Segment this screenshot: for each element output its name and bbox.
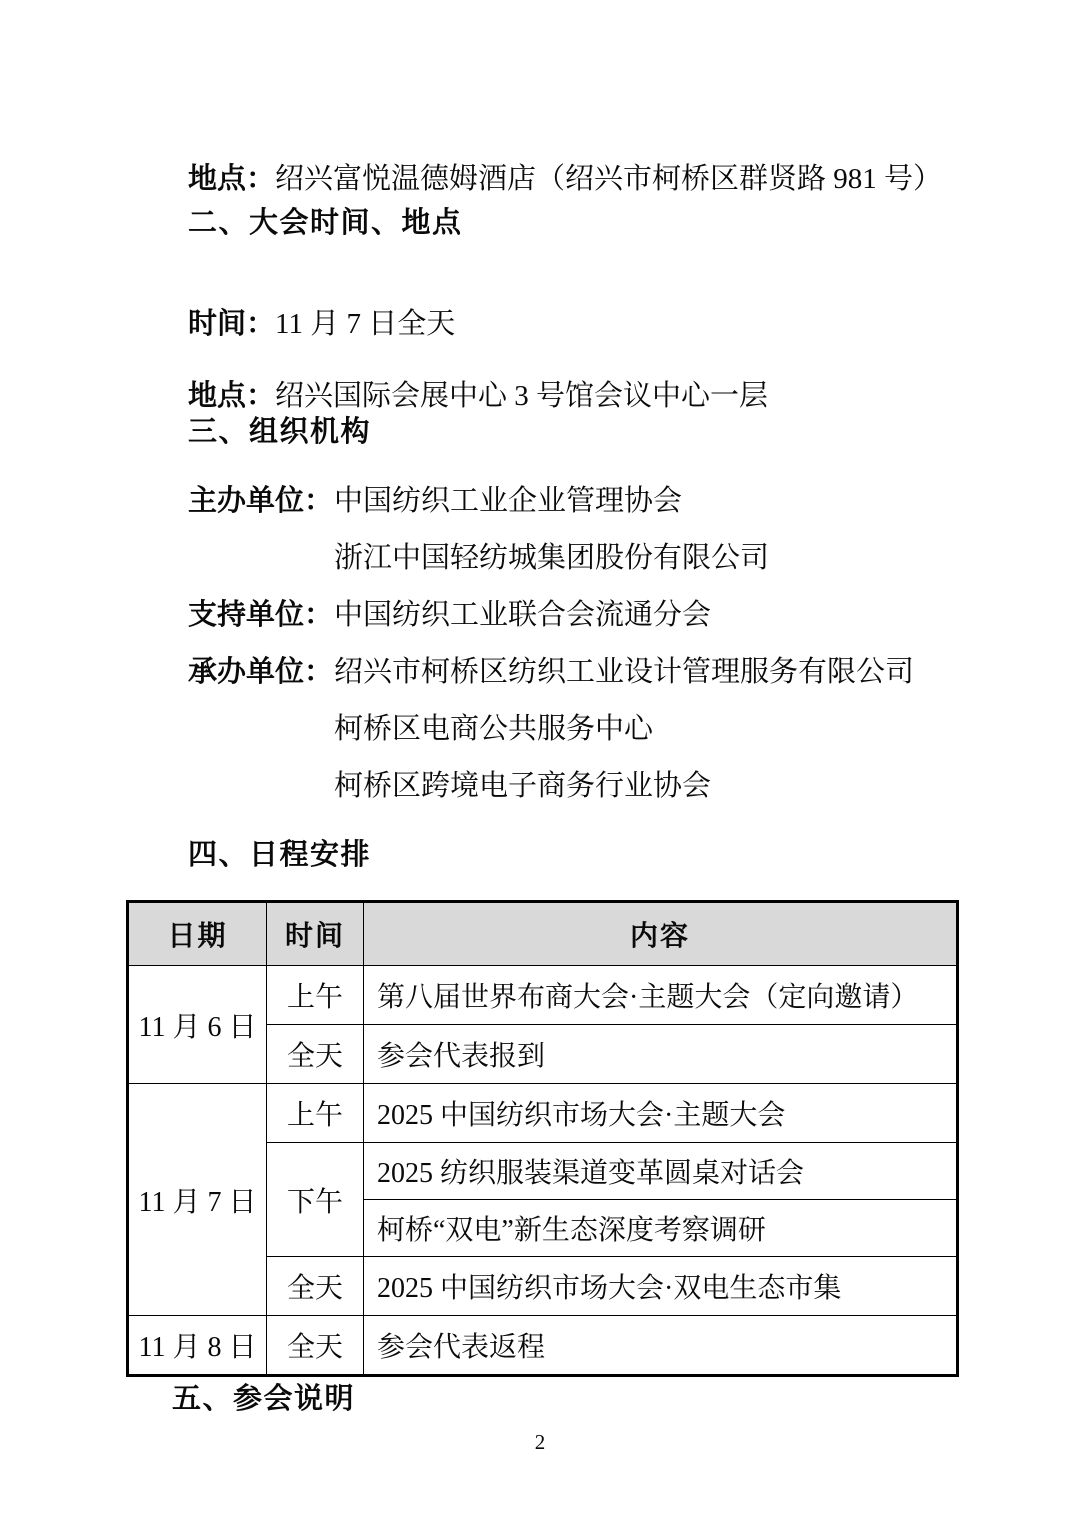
header-date: 日期 [128, 902, 267, 966]
organizer-host-line-1: 中国纺织工业企业管理协会 [334, 473, 769, 530]
date-cell-nov7: 11 月 7 日 [128, 1084, 267, 1316]
venue2-label: 地点： [188, 380, 275, 412]
heading-section-5: 五、参会说明 [172, 1384, 355, 1414]
time-label: 时间： [188, 308, 275, 340]
table-row: 11 月 8 日 全天 参会代表返程 [128, 1316, 958, 1376]
venue-label: 地点： [188, 163, 275, 195]
heading-section-2: 二、大会时间、地点 [188, 208, 463, 238]
heading-section-4: 四、日程安排 [188, 840, 371, 870]
time-cell: 全天 [267, 1316, 364, 1376]
time-cell: 上午 [267, 1084, 364, 1143]
organizer-undertaker-line-3: 柯桥区跨境电子商务行业协会 [334, 758, 914, 815]
time-text: 11 月 7 日全天 [275, 308, 455, 340]
organizer-support-line-1: 中国纺织工业联合会流通分会 [334, 587, 711, 644]
content-cell: 2025 中国纺织市场大会·双电生态市集 [364, 1257, 958, 1316]
organizer-host: 主办单位： 中国纺织工业企业管理协会 浙江中国轻纺城集团股份有限公司 [188, 473, 914, 587]
organizer-undertaker-line-2: 柯桥区电商公共服务中心 [334, 701, 914, 758]
time-cell-afternoon: 下午 [267, 1143, 364, 1257]
organizer-host-label: 主办单位： [188, 473, 334, 587]
time-cell: 全天 [267, 1257, 364, 1316]
conference-time-line: 时间：11 月 7 日全天 [188, 310, 455, 339]
time-cell: 全天 [267, 1025, 364, 1084]
document-page: 地点：绍兴富悦温德姆酒店（绍兴市柯桥区群贤路 981 号） 二、大会时间、地点 … [0, 0, 1080, 1527]
hotel-venue-line: 地点：绍兴富悦温德姆酒店（绍兴市柯桥区群贤路 981 号） [188, 165, 942, 194]
organizer-undertaker: 承办单位： 绍兴市柯桥区纺织工业设计管理服务有限公司 柯桥区电商公共服务中心 柯… [188, 644, 914, 815]
time-cell: 上午 [267, 966, 364, 1025]
table-row: 11 月 7 日 上午 2025 中国纺织市场大会·主题大会 [128, 1084, 958, 1143]
venue-text: 绍兴富悦温德姆酒店（绍兴市柯桥区群贤路 981 号） [275, 163, 942, 195]
organizer-host-line-2: 浙江中国轻纺城集团股份有限公司 [334, 530, 769, 587]
content-cell: 第八届世界布商大会·主题大会（定向邀请） [364, 966, 958, 1025]
table-row: 11 月 6 日 上午 第八届世界布商大会·主题大会（定向邀请） [128, 966, 958, 1025]
page-number: 2 [0, 1430, 1080, 1454]
venue2-text: 绍兴国际会展中心 3 号馆会议中心一层 [275, 380, 768, 412]
content-cell: 参会代表返程 [364, 1316, 958, 1376]
heading-section-3: 三、组织机构 [188, 417, 371, 447]
schedule-table-wrapper: 日期 时间 内容 11 月 6 日 上午 第八届世界布商大会·主题大会（定向邀请… [126, 900, 959, 1377]
header-time: 时间 [267, 902, 364, 966]
schedule-table: 日期 时间 内容 11 月 6 日 上午 第八届世界布商大会·主题大会（定向邀请… [126, 900, 959, 1377]
organizer-support: 支持单位： 中国纺织工业联合会流通分会 [188, 587, 914, 644]
organizer-support-label: 支持单位： [188, 587, 334, 644]
date-cell-nov8: 11 月 8 日 [128, 1316, 267, 1376]
header-content: 内容 [364, 902, 958, 966]
organizer-undertaker-label: 承办单位： [188, 644, 334, 815]
schedule-header-row: 日期 时间 内容 [128, 902, 958, 966]
organizer-undertaker-line-1: 绍兴市柯桥区纺织工业设计管理服务有限公司 [334, 644, 914, 701]
organizers-block: 主办单位： 中国纺织工业企业管理协会 浙江中国轻纺城集团股份有限公司 支持单位：… [188, 473, 914, 815]
content-cell: 参会代表报到 [364, 1025, 958, 1084]
content-cell: 2025 纺织服装渠道变革圆桌对话会 [364, 1143, 958, 1200]
content-cell: 柯桥“双电”新生态深度考察调研 [364, 1200, 958, 1257]
content-cell: 2025 中国纺织市场大会·主题大会 [364, 1084, 958, 1143]
date-cell-nov6: 11 月 6 日 [128, 966, 267, 1084]
conference-venue-line: 地点：绍兴国际会展中心 3 号馆会议中心一层 [188, 382, 768, 411]
